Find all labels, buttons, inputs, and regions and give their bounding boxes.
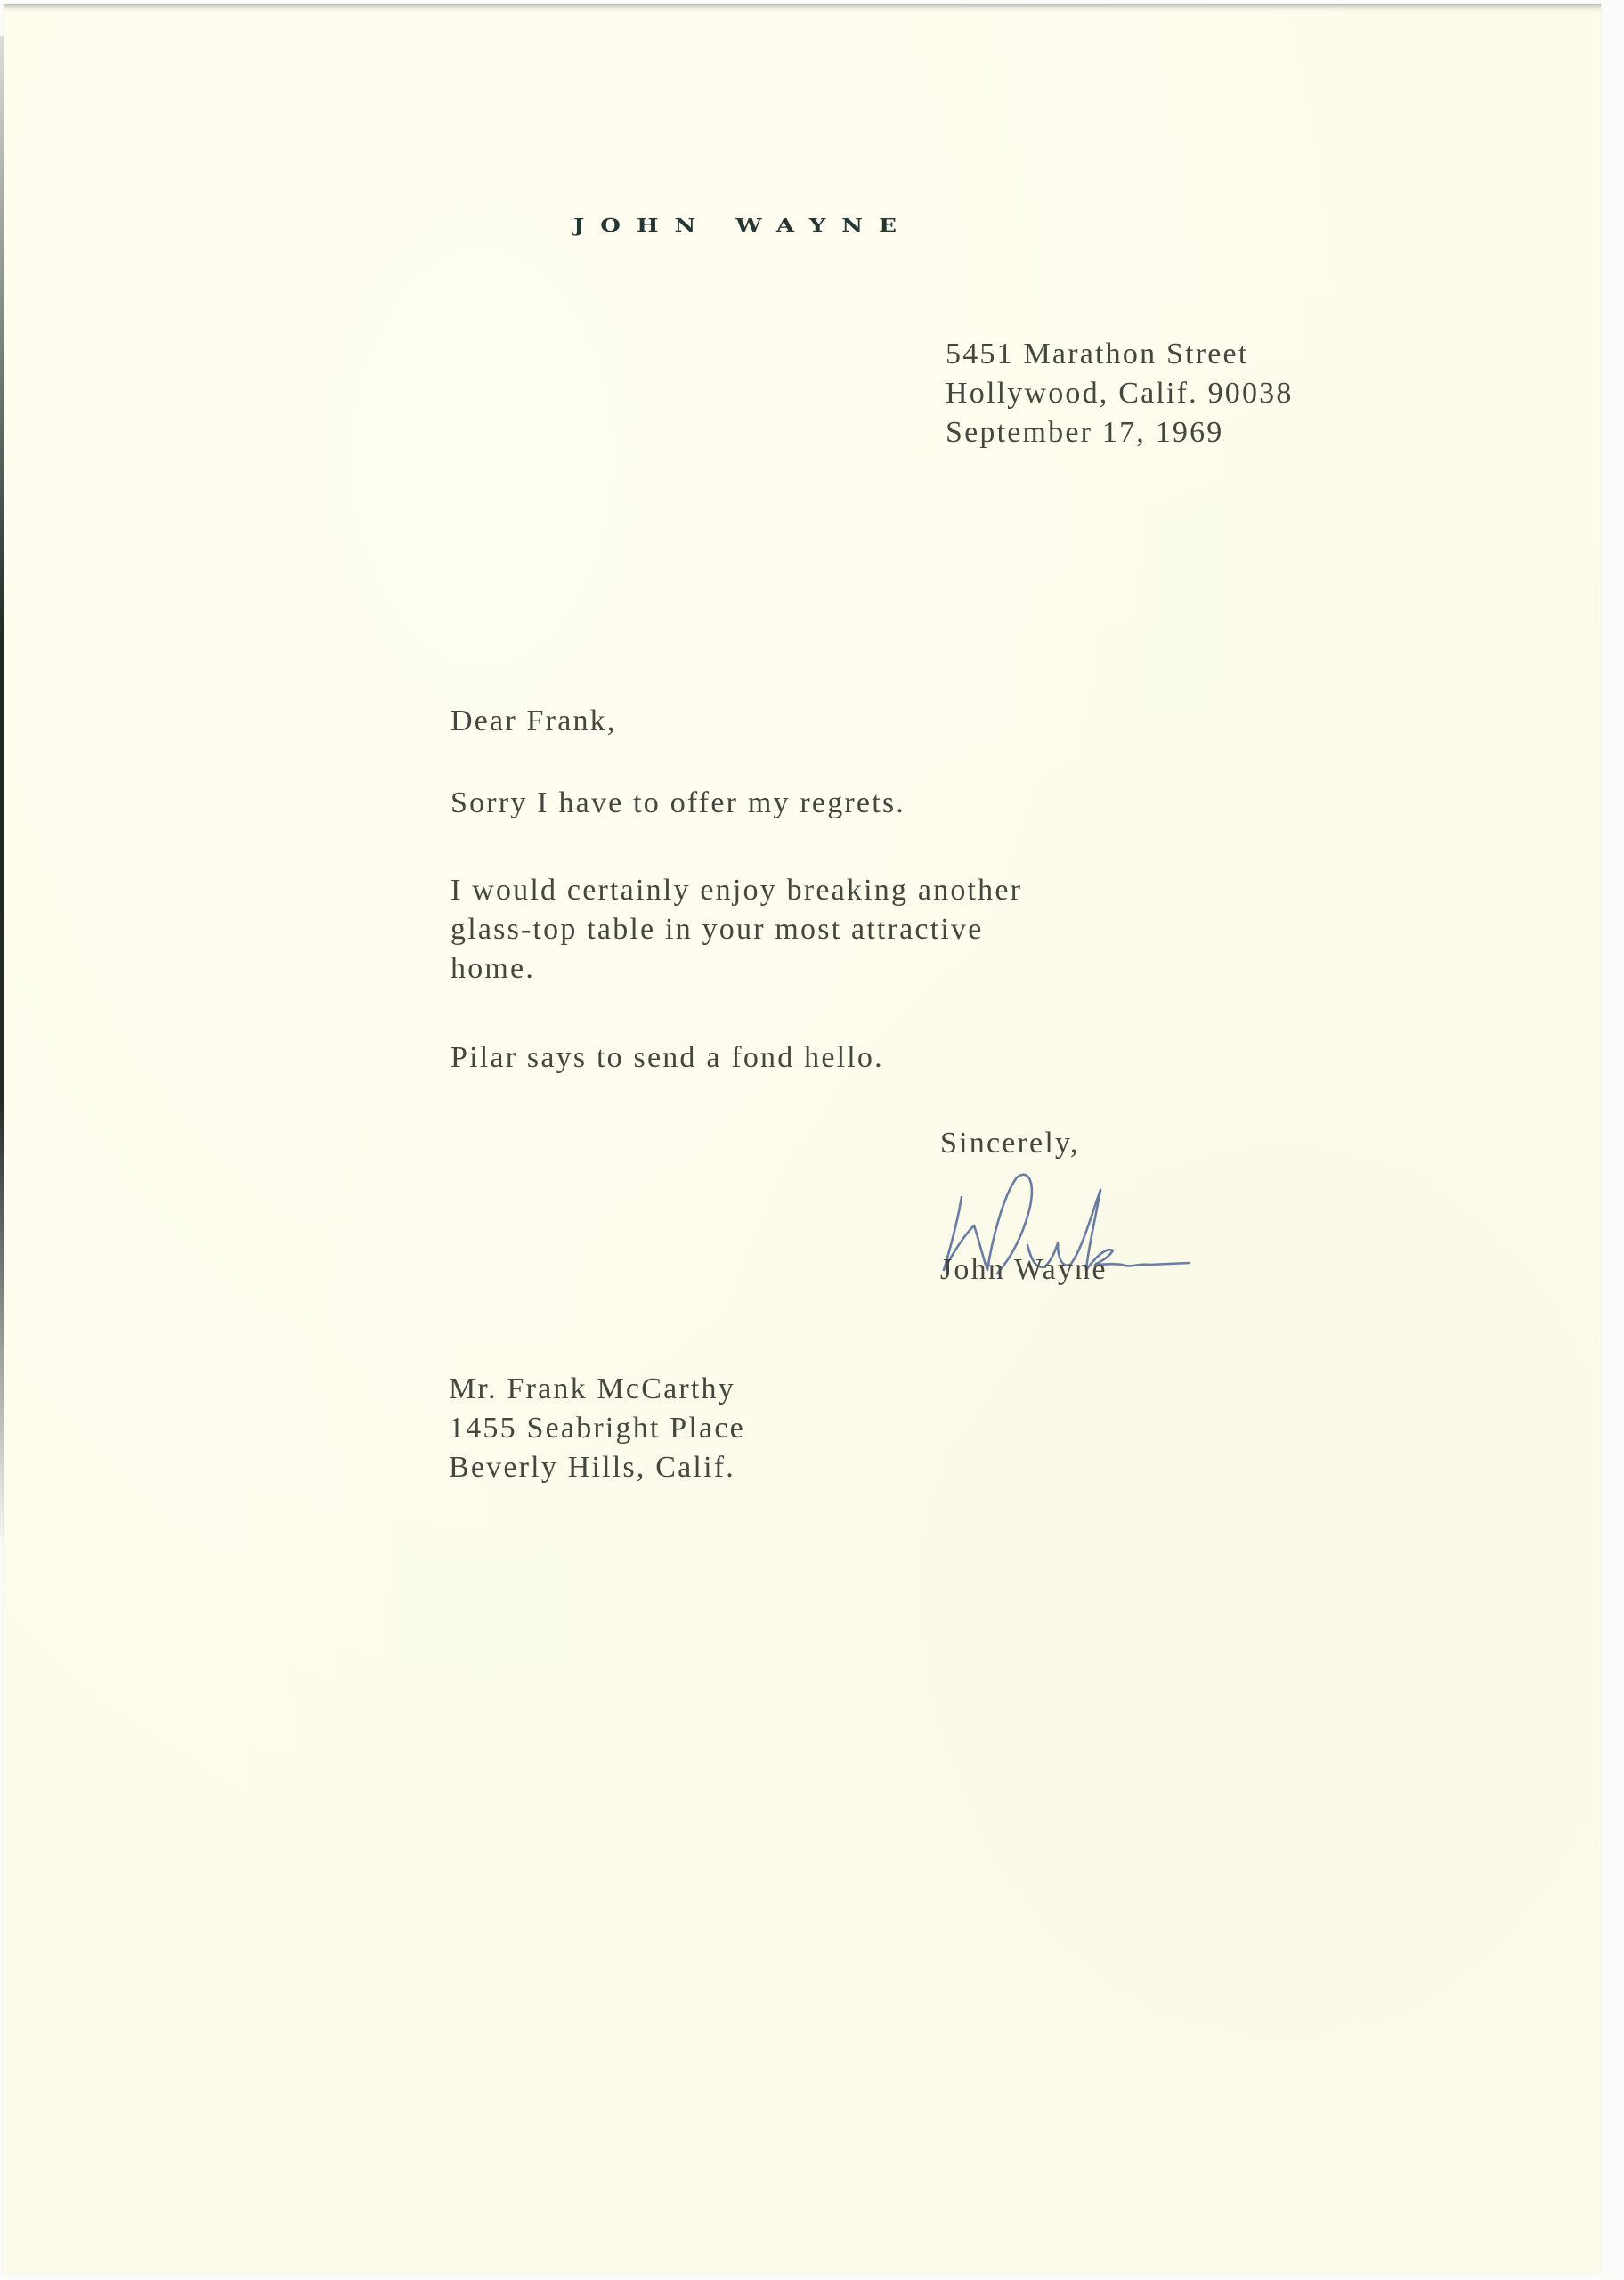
letter-date: September 17, 1969 bbox=[946, 413, 1294, 452]
sender-address-street: 5451 Marathon Street bbox=[946, 335, 1294, 374]
letterhead-name: JOHN WAYNE bbox=[573, 216, 1019, 236]
salutation: Dear Frank, bbox=[451, 702, 617, 741]
sender-address-block: 5451 Marathon Street Hollywood, Calif. 9… bbox=[946, 335, 1294, 452]
body-paragraph: Sorry I have to offer my regrets. bbox=[451, 784, 905, 823]
recipient-name: Mr. Frank McCarthy bbox=[449, 1370, 745, 1409]
body-line: I would certainly enjoy breaking another bbox=[451, 871, 1022, 910]
recipient-street: 1455 Seabright Place bbox=[449, 1409, 745, 1448]
body-paragraph: I would certainly enjoy breaking another… bbox=[451, 871, 1022, 989]
sender-address-city: Hollywood, Calif. 90038 bbox=[946, 374, 1294, 413]
paper-top-edge bbox=[4, 4, 1601, 12]
body-line: Sorry I have to offer my regrets. bbox=[451, 784, 905, 823]
body-line: home. bbox=[451, 949, 1022, 989]
letter-paper: JOHN WAYNE 5451 Marathon Street Hollywoo… bbox=[4, 4, 1601, 2273]
closing: Sincerely, bbox=[940, 1124, 1080, 1163]
typed-signature-name: John Wayne bbox=[940, 1250, 1108, 1290]
recipient-city: Beverly Hills, Calif. bbox=[449, 1448, 745, 1487]
body-line: Pilar says to send a fond hello. bbox=[451, 1038, 884, 1078]
recipient-address-block: Mr. Frank McCarthy 1455 Seabright Place … bbox=[449, 1370, 745, 1487]
body-line: glass-top table in your most attractive bbox=[451, 910, 1022, 949]
scanned-letter: JOHN WAYNE 5451 Marathon Street Hollywoo… bbox=[0, 0, 1624, 2280]
body-paragraph: Pilar says to send a fond hello. bbox=[451, 1038, 884, 1078]
